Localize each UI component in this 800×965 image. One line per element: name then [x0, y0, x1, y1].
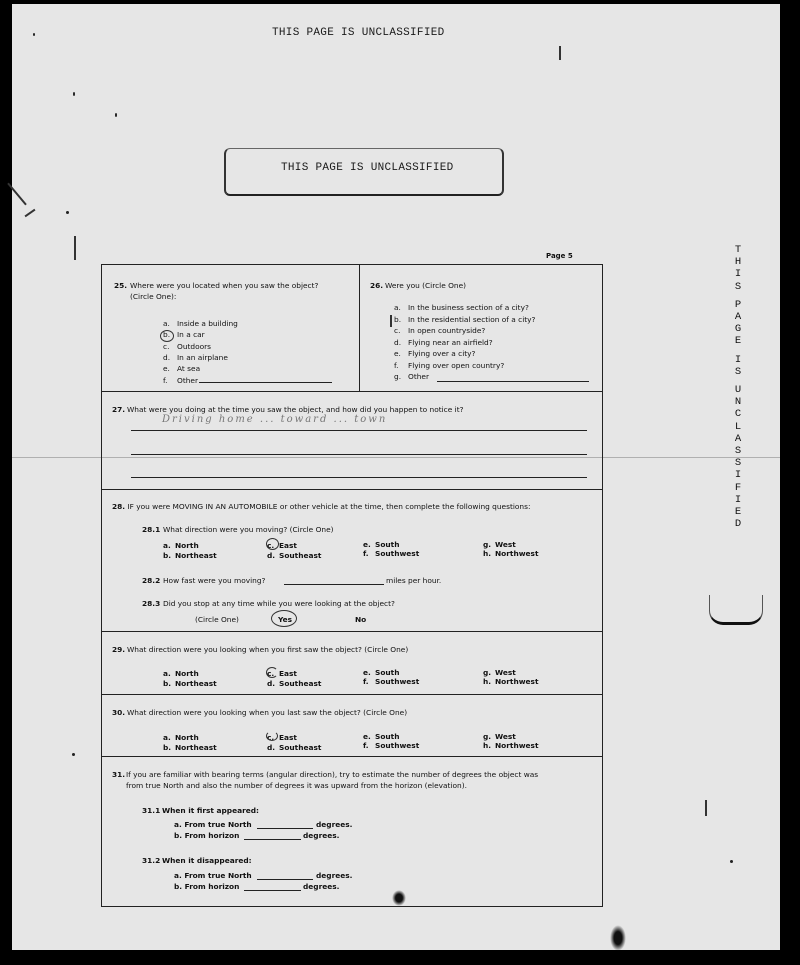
scan-speck	[73, 92, 75, 96]
option-label: North	[175, 669, 199, 678]
option-label: Flying over a city?	[408, 349, 475, 358]
section-q25-q26: 25. Where were you located when you saw …	[102, 265, 602, 392]
option-letter: f.	[394, 361, 408, 370]
vertical-stamp-letter: P	[735, 299, 741, 311]
q27-question: What were you doing at the time you saw …	[127, 405, 464, 414]
option-letter: c.	[394, 326, 408, 335]
q28-2-question: How fast were you moving?	[163, 576, 265, 585]
scan-artifact	[74, 236, 76, 260]
option-letter: a.	[394, 303, 408, 312]
classification-stamp-top: THIS PAGE IS UNCLASSIFIED	[272, 27, 445, 39]
scan-artifact	[705, 800, 707, 816]
q31-1-number: 31.1	[142, 806, 160, 815]
option-b[interactable]: b.In the residential section of a city?	[394, 315, 535, 324]
option-label: South	[375, 732, 399, 741]
vertical-stamp-letter: U	[735, 384, 741, 396]
option-letter: a.	[163, 319, 177, 328]
vertical-stamp-letter: T	[735, 244, 741, 256]
vertical-stamp-letter: E	[735, 335, 741, 347]
vertical-stamp-letter: F	[735, 482, 741, 494]
option-label: At sea	[177, 364, 200, 373]
column-divider	[359, 265, 360, 391]
option-letter: d.	[267, 679, 279, 688]
q30-question: What direction were you looking when you…	[127, 708, 407, 717]
q31-2-b-unit: degrees.	[303, 882, 339, 891]
q27-answer-line-3[interactable]	[131, 477, 587, 478]
option-letter: g.	[483, 732, 495, 741]
q29-question: What direction were you looking when you…	[127, 645, 408, 654]
direction-option-west[interactable]: g.West	[483, 540, 516, 549]
q31-number: 31.	[112, 770, 125, 779]
ink-blot	[392, 890, 406, 906]
option-label: East	[279, 733, 297, 742]
option-label: Inside a building	[177, 319, 238, 328]
direction-option-southeast[interactable]: d.Southeast	[267, 743, 321, 752]
option-f[interactable]: f.Flying over open country?	[394, 361, 504, 370]
option-label: West	[495, 540, 516, 549]
direction-option-southwest[interactable]: f.Southwest	[363, 741, 419, 750]
option-f[interactable]: f.Other	[163, 376, 198, 385]
option-letter: g.	[394, 372, 408, 381]
q31-question-line-1: If you are familiar with bearing terms (…	[126, 770, 538, 779]
option-letter: g.	[483, 668, 495, 677]
option-a[interactable]: a.Inside a building	[163, 319, 238, 328]
q30-number: 30.	[112, 708, 125, 717]
option-letter: e.	[363, 668, 375, 677]
q25-instruction: (Circle One):	[130, 292, 176, 301]
option-d[interactable]: d.Flying near an airfield?	[394, 338, 493, 347]
section-q28: 28. IF you were MOVING IN AN AUTOMOBILE …	[102, 490, 602, 632]
option-label: Outdoors	[177, 342, 211, 351]
option-letter: b.	[163, 679, 175, 688]
option-label: In the residential section of a city?	[408, 315, 535, 324]
option-letter: a.	[163, 733, 175, 742]
q26-other-blank[interactable]	[437, 381, 589, 382]
option-letter: h.	[483, 677, 495, 686]
q26-question: Were you (Circle One)	[385, 281, 466, 290]
option-letter: a.	[163, 541, 175, 550]
q27-answer-line-1[interactable]	[131, 430, 587, 431]
option-letter: d.	[267, 743, 279, 752]
vertical-stamp-letter: S	[735, 281, 741, 293]
option-label: Southeast	[279, 743, 321, 752]
q31-2-a-unit: degrees.	[316, 871, 352, 880]
option-label: East	[279, 541, 297, 550]
option-letter: d.	[163, 353, 177, 362]
option-label: Northeast	[175, 743, 217, 752]
classification-stamp-vertical: THISPAGEISUNCLASSIFIED	[731, 244, 745, 530]
q28-1-question: What direction were you moving? (Circle …	[163, 525, 334, 534]
option-letter: b.	[163, 551, 175, 560]
section-q27: 27. What were you doing at the time you …	[102, 392, 602, 490]
option-letter: e.	[163, 364, 177, 373]
option-label: Other	[408, 372, 429, 381]
option-label: Northwest	[495, 677, 538, 686]
q31-2-a-blank[interactable]	[257, 879, 313, 880]
vertical-stamp-letter: I	[735, 469, 741, 481]
section-q31: 31. If you are familiar with bearing ter…	[102, 757, 602, 908]
direction-option-northeast[interactable]: b.Northeast	[163, 743, 217, 752]
direction-option-southwest[interactable]: f.Southwest	[363, 677, 419, 686]
q31-1-a-blank[interactable]	[257, 828, 313, 829]
q28-2-speed-blank[interactable]	[284, 584, 384, 585]
vertical-stamp-letter: L	[735, 421, 741, 433]
option-label: West	[495, 732, 516, 741]
q28-3-no[interactable]: No	[355, 615, 366, 624]
option-label: Northwest	[495, 741, 538, 750]
option-letter: e.	[394, 349, 408, 358]
option-label: Southeast	[279, 679, 321, 688]
q31-2-b-label: b. From horizon	[174, 882, 239, 891]
direction-option-northwest[interactable]: h.Northwest	[483, 549, 538, 558]
option-letter: g.	[483, 540, 495, 549]
option-label: Southwest	[375, 549, 419, 558]
option-label: Flying near an airfield?	[408, 338, 493, 347]
option-letter: f.	[363, 741, 375, 750]
vertical-stamp-letter: C	[735, 408, 741, 420]
vertical-stamp-letter: S	[735, 366, 741, 378]
direction-option-west[interactable]: g.West	[483, 668, 516, 677]
page-number: Page 5	[546, 252, 573, 260]
q25-question: Where were you located when you saw the …	[130, 281, 318, 290]
vertical-stamp-letter: H	[735, 256, 741, 268]
option-letter: c.	[163, 342, 177, 351]
option-label: East	[279, 669, 297, 678]
option-label: North	[175, 733, 199, 742]
q31-1-label: When it first appeared:	[162, 806, 259, 815]
option-letter: b.	[163, 743, 175, 752]
q28-3-number: 28.3	[142, 599, 160, 608]
direction-option-northwest[interactable]: h.Northwest	[483, 741, 538, 750]
direction-option-northwest[interactable]: h.Northwest	[483, 677, 538, 686]
q31-1-b-unit: degrees.	[303, 831, 339, 840]
vertical-stamp-letter: I	[735, 354, 741, 366]
option-label: Other	[177, 376, 198, 385]
option-label: Northeast	[175, 551, 217, 560]
q28-3-instruction: (Circle One)	[195, 615, 239, 624]
q28-2-number: 28.2	[142, 576, 160, 585]
vertical-stamp-letter: S	[735, 457, 741, 469]
vertical-stamp-letter: A	[735, 433, 741, 445]
option-label: West	[495, 668, 516, 677]
option-letter: a.	[163, 669, 175, 678]
q31-2-number: 31.2	[142, 856, 160, 865]
q25-other-blank[interactable]	[199, 382, 332, 383]
option-label: South	[375, 668, 399, 677]
option-letter: b.	[394, 315, 408, 324]
q29-number: 29.	[112, 645, 125, 654]
scan-artifact	[559, 46, 561, 60]
vertical-stamp-letter: A	[735, 311, 741, 323]
vertical-stamp-bracket	[709, 595, 763, 625]
option-label: Southwest	[375, 677, 419, 686]
vertical-stamp-letter: G	[735, 323, 741, 335]
option-letter: h.	[483, 741, 495, 750]
q26-number: 26.	[370, 281, 383, 290]
q31-question-line-2: from true North and also the number of d…	[126, 781, 467, 790]
option-letter: e.	[363, 732, 375, 741]
option-label: North	[175, 541, 199, 550]
vertical-stamp-letter: E	[735, 506, 741, 518]
option-letter: d.	[394, 338, 408, 347]
option-label: In the business section of a city?	[408, 303, 529, 312]
direction-option-northeast[interactable]: b.Northeast	[163, 551, 217, 560]
option-label: South	[375, 540, 399, 549]
classification-stamp-boxed: THIS PAGE IS UNCLASSIFIED	[281, 162, 454, 174]
circle-mark-b	[160, 330, 174, 342]
option-e[interactable]: e.Flying over a city?	[394, 349, 475, 358]
q28-2-unit: miles per hour.	[386, 576, 441, 585]
section-q30: 30. What direction were you looking when…	[102, 695, 602, 757]
pencil-mark	[390, 315, 392, 327]
q27-answer-line-2[interactable]	[131, 454, 587, 455]
vertical-stamp-letter: I	[735, 494, 741, 506]
q27-handwritten-answer: Driving home ... toward ... town	[162, 414, 387, 425]
option-letter: e.	[363, 540, 375, 549]
direction-option-north[interactable]: a.North	[163, 541, 199, 550]
option-g[interactable]: g.Other	[394, 372, 429, 381]
scan-speck	[730, 860, 733, 863]
option-label: Northwest	[495, 549, 538, 558]
section-q29: 29. What direction were you looking when…	[102, 632, 602, 695]
direction-option-southeast[interactable]: d.Southeast	[267, 551, 321, 560]
q25-number: 25.	[114, 281, 127, 290]
scan-speck	[115, 113, 117, 117]
circle-mark-c	[266, 731, 278, 741]
option-label: Flying over open country?	[408, 361, 504, 370]
option-c[interactable]: c.Outdoors	[163, 342, 211, 351]
scan-speck	[72, 753, 75, 756]
circle-mark-yes	[271, 610, 297, 627]
option-letter: h.	[483, 549, 495, 558]
scan-speck	[33, 33, 35, 36]
circle-mark-c	[266, 667, 278, 678]
option-e[interactable]: e.At sea	[163, 364, 200, 373]
option-label: Southeast	[279, 551, 321, 560]
option-letter: f.	[363, 677, 375, 686]
q31-2-b-blank[interactable]	[244, 890, 301, 891]
direction-option-south[interactable]: e.South	[363, 732, 399, 741]
direction-option-west[interactable]: g.West	[483, 732, 516, 741]
direction-option-north[interactable]: a.North	[163, 669, 199, 678]
option-a[interactable]: a.In the business section of a city?	[394, 303, 529, 312]
option-letter: f.	[163, 376, 177, 385]
direction-option-south[interactable]: e.South	[363, 668, 399, 677]
option-label: Northeast	[175, 679, 217, 688]
scan-speck	[66, 211, 69, 214]
option-d[interactable]: d.In an airplane	[163, 353, 228, 362]
vertical-stamp-letter: D	[735, 518, 741, 530]
option-label: In an airplane	[177, 353, 228, 362]
q27-number: 27.	[112, 405, 125, 414]
q28-3-question: Did you stop at any time while you were …	[163, 599, 395, 608]
q31-1-a-label: a. From true North	[174, 820, 252, 829]
option-c[interactable]: c.In open countryside?	[394, 326, 485, 335]
direction-option-southwest[interactable]: f.Southwest	[363, 549, 419, 558]
q31-2-label: When it disappeared:	[162, 856, 252, 865]
direction-option-south[interactable]: e.South	[363, 540, 399, 549]
ink-blot	[610, 925, 626, 951]
option-letter: d.	[267, 551, 279, 560]
option-letter: f.	[363, 549, 375, 558]
questionnaire-form: 25. Where were you located when you saw …	[101, 264, 603, 907]
option-label: In a car	[177, 330, 205, 339]
q31-1-b-label: b. From horizon	[174, 831, 239, 840]
vertical-stamp-letter: S	[735, 445, 741, 457]
q28-1-number: 28.1	[142, 525, 160, 534]
direction-option-northeast[interactable]: b.Northeast	[163, 679, 217, 688]
direction-option-southeast[interactable]: d.Southeast	[267, 679, 321, 688]
q28-question: 28. IF you were MOVING IN AN AUTOMOBILE …	[112, 502, 530, 511]
direction-option-north[interactable]: a.North	[163, 733, 199, 742]
option-label: In open countryside?	[408, 326, 485, 335]
option-label: Southwest	[375, 741, 419, 750]
circle-mark-c	[266, 538, 279, 550]
vertical-stamp-letter: I	[735, 268, 741, 280]
q31-1-a-unit: degrees.	[316, 820, 352, 829]
q31-2-a-label: a. From true North	[174, 871, 252, 880]
vertical-stamp-letter: N	[735, 396, 741, 408]
q31-1-b-blank[interactable]	[244, 839, 301, 840]
